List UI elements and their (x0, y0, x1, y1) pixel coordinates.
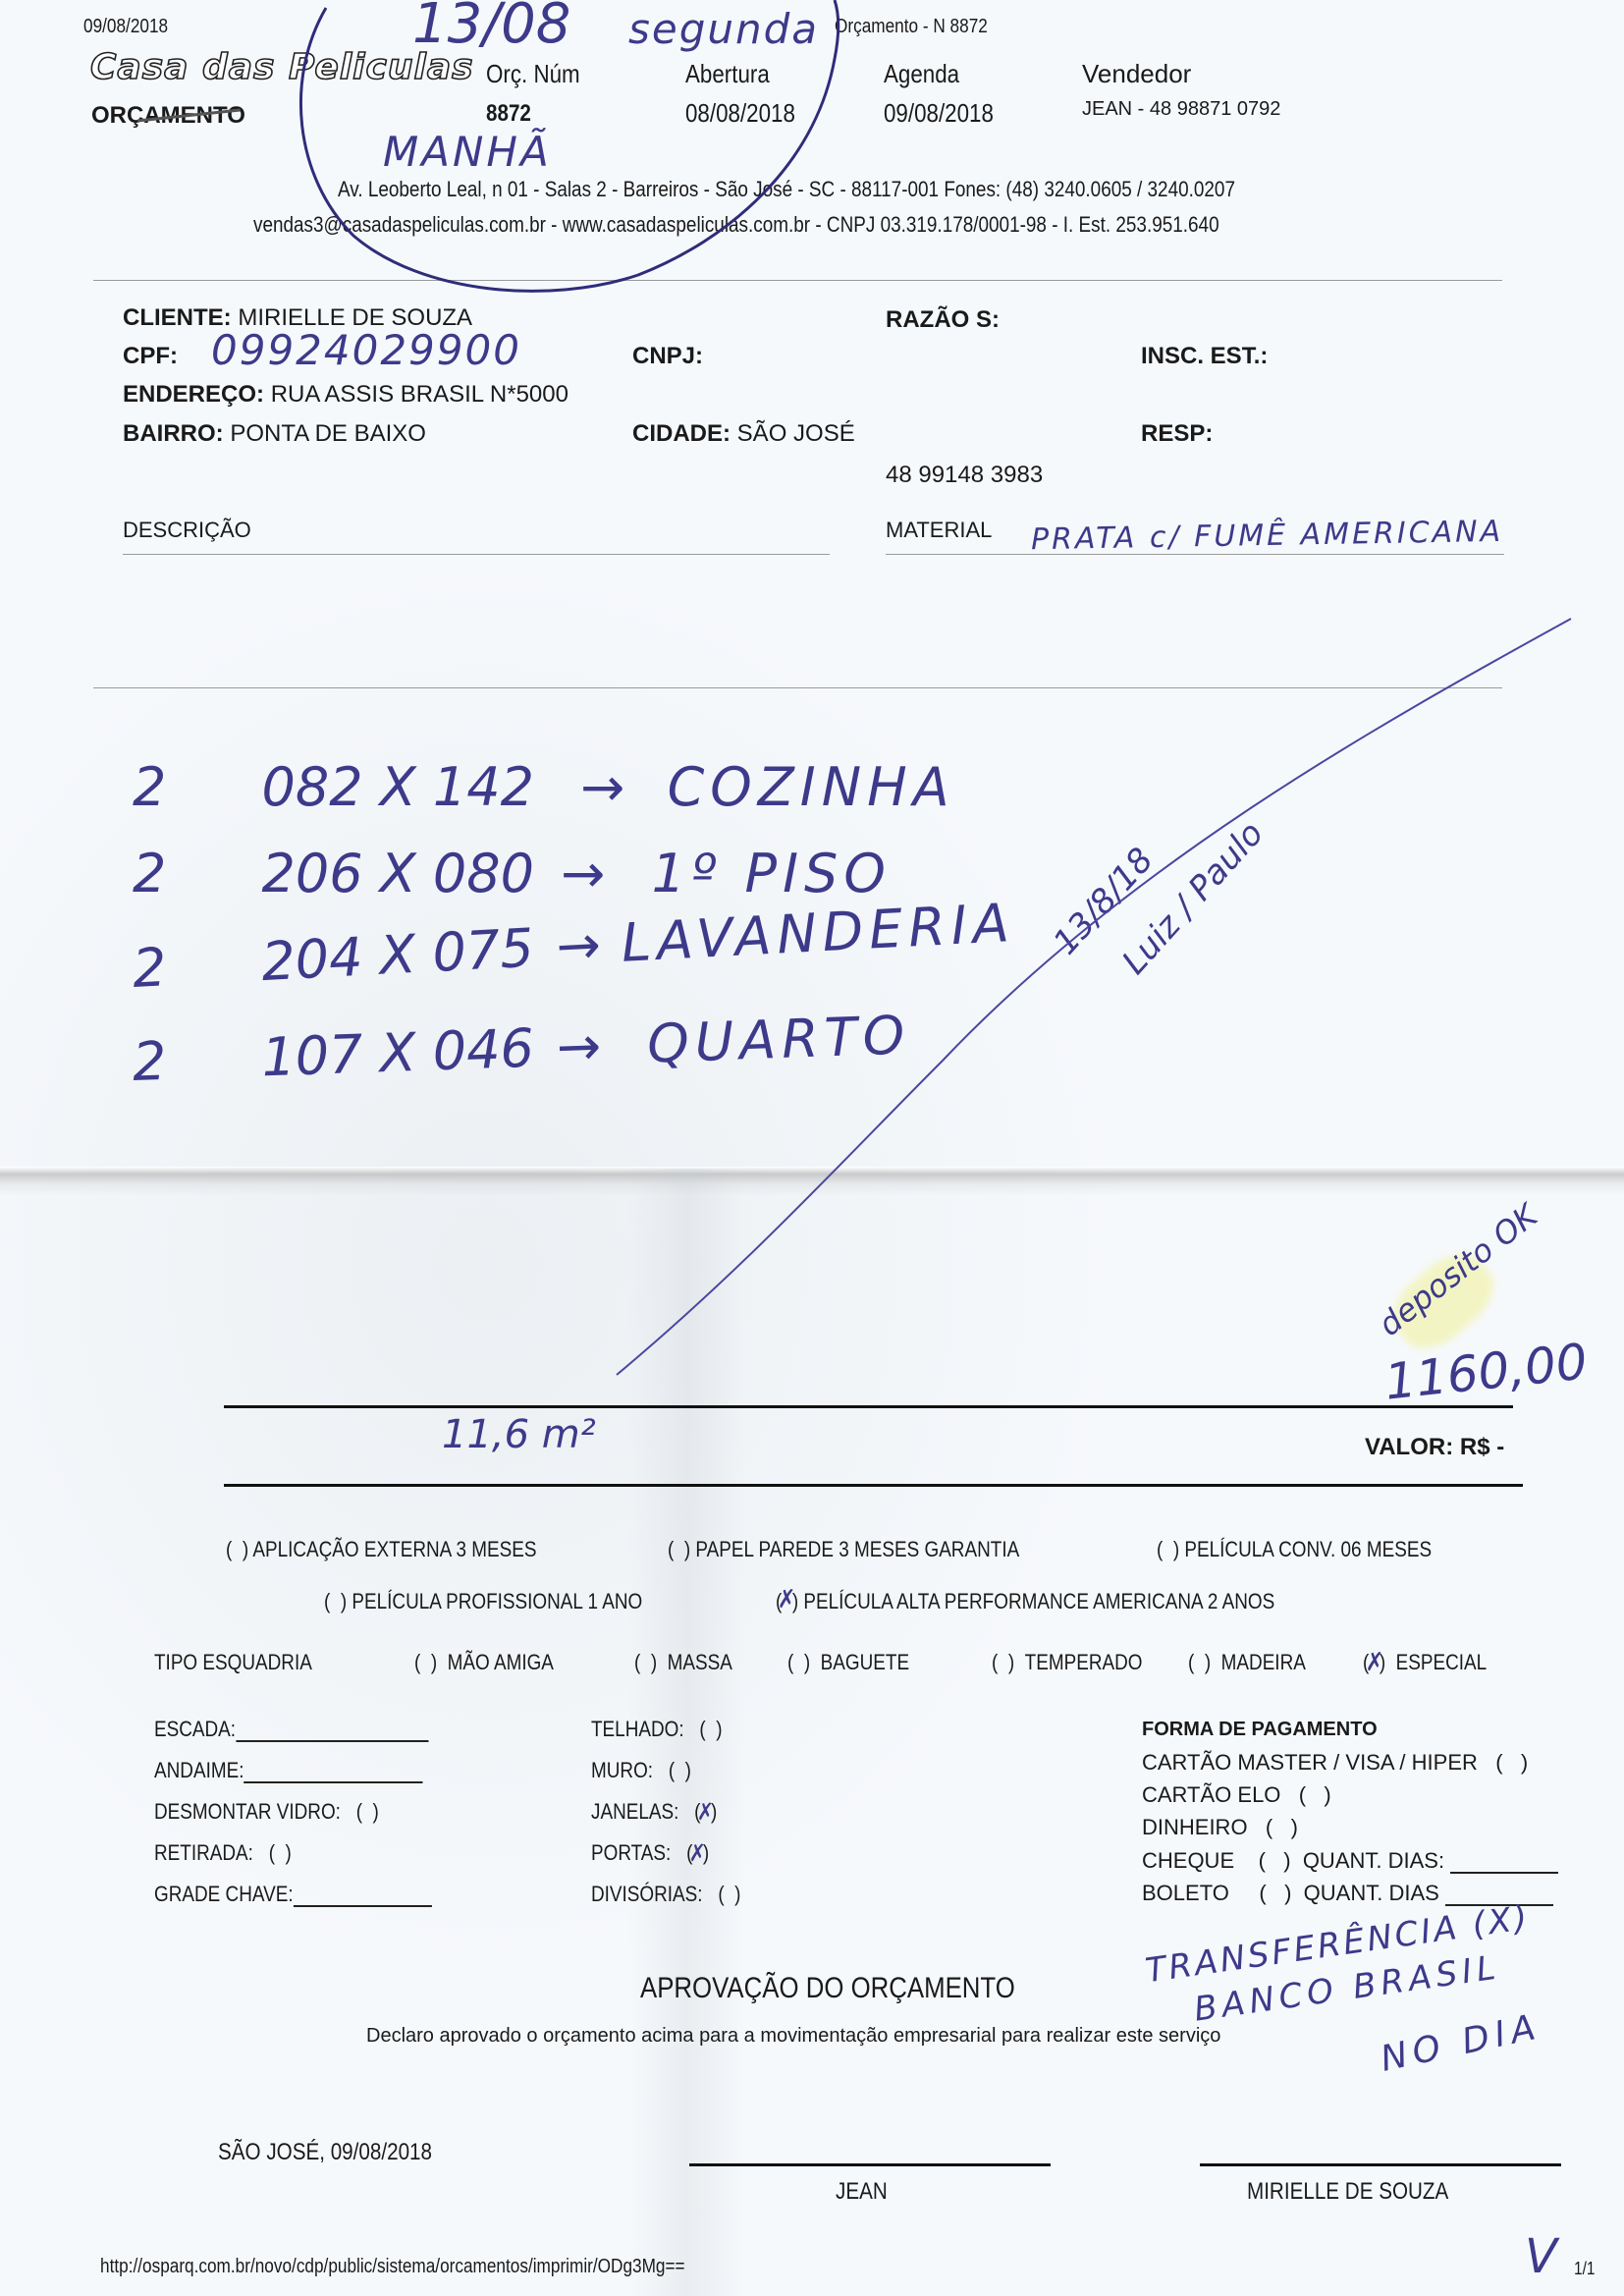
endereco-label: ENDEREÇO: (123, 381, 264, 408)
checkbox[interactable]: ( ) (1299, 1782, 1331, 1807)
item-dims: 082 X 142 (262, 756, 534, 818)
checkbox[interactable]: ( ) (718, 1882, 740, 1906)
value-line-top (224, 1405, 1513, 1408)
checkbox[interactable]: ( ) (668, 1537, 690, 1561)
checkbox[interactable]: ( ) (1266, 1815, 1298, 1839)
cnpj-label: CNPJ: (632, 343, 703, 370)
descricao-label: DESCRIÇÃO (123, 518, 251, 543)
company-address: Av. Leoberto Leal, n 01 - Salas 2 - Barr… (338, 177, 1235, 202)
check-mark-icon: V (1525, 2229, 1557, 2284)
payment-note-day: NO DIA (1378, 2006, 1545, 2080)
seller-signer-name: JEAN (836, 2178, 888, 2206)
checkbox-checked[interactable]: ( )✗ (694, 1799, 717, 1824)
endereco-value: RUA ASSIS BRASIL N*5000 (271, 381, 568, 408)
footer-url[interactable]: http://osparq.com.br/novo/cdp/public/sis… (100, 2256, 685, 2278)
cidade-label: CIDADE: (632, 420, 731, 447)
approval-text: Declaro aprovado o orçamento acima para … (366, 2025, 1220, 2048)
bairro-label: BAIRRO: (123, 420, 224, 447)
check-x-icon: ✗ (689, 1839, 706, 1867)
muro-field[interactable]: MURO: ( ) (591, 1758, 691, 1783)
telhado-field[interactable]: TELHADO: ( ) (591, 1717, 723, 1742)
item-qty: 2 (131, 936, 168, 1000)
checkbox[interactable]: ( ) (669, 1758, 691, 1782)
payment-option-dinheiro[interactable]: DINHEIRO ( ) (1142, 1815, 1298, 1840)
cidade-value: SÃO JOSÉ (737, 420, 855, 447)
checkbox[interactable]: ( ) (324, 1589, 347, 1613)
cpf-handwritten: 09924029900 (211, 326, 521, 374)
paper-fold-crease (0, 1167, 1624, 1196)
item-row: 2 082 X 142 → COZINHA (133, 756, 955, 818)
company-contact: vendas3@casadaspeliculas.com.br - www.ca… (253, 212, 1219, 238)
divisorias-field[interactable]: DIVISÓRIAS: ( ) (591, 1882, 740, 1907)
vendedor-label: Vendedor (1082, 59, 1191, 89)
check-x-icon: ✗ (778, 1585, 796, 1614)
value-line-bottom (224, 1484, 1523, 1487)
esquadria-label: TIPO ESQUADRIA (154, 1650, 312, 1675)
warranty-option-wallpaper[interactable]: ( ) PAPEL PAREDE 3 MESES GARANTIA (668, 1537, 1019, 1562)
warranty-option-external[interactable]: ( ) APLICAÇÃO EXTERNA 3 MESES (226, 1537, 537, 1562)
handwritten-day-top: segunda (628, 5, 819, 53)
warranty-option-professional[interactable]: ( ) PELÍCULA PROFISSIONAL 1 ANO (324, 1589, 642, 1614)
check-x-icon: ✗ (1366, 1648, 1384, 1677)
orc-num-label: Orç. Núm (486, 59, 580, 89)
ink-diagonal-line (617, 619, 1571, 1375)
payment-option-cartao[interactable]: CARTÃO MASTER / VISA / HIPER ( ) (1142, 1750, 1528, 1776)
grade-chave-input[interactable] (294, 1884, 432, 1907)
escada-field[interactable]: ESCADA: (154, 1717, 428, 1742)
item-qty: 2 (133, 843, 166, 904)
cidade-field: CIDADE: SÃO JOSÉ (632, 420, 855, 448)
esquadria-baguete[interactable]: ( ) BAGUETE (787, 1650, 909, 1675)
insc-est-label: INSC. EST.: (1141, 343, 1268, 370)
esquadria-especial[interactable]: ( )✗ ESPECIAL (1363, 1650, 1487, 1675)
payment-option-cheque[interactable]: CHEQUE ( ) QUANT. DIAS: (1142, 1848, 1558, 1874)
checkbox[interactable]: ( ) (1259, 1848, 1291, 1873)
andaime-field[interactable]: ANDAIME: (154, 1758, 423, 1783)
item-room: QUARTO (646, 1004, 911, 1074)
checkbox[interactable]: ( ) (1188, 1650, 1211, 1674)
item-row: 2 107 X 046 → QUARTO (132, 1004, 911, 1093)
warranty-option-conv[interactable]: ( ) PELÍCULA CONV. 06 MESES (1157, 1537, 1432, 1562)
abertura-label: Abertura (685, 59, 770, 89)
checkbox[interactable]: ( ) (356, 1799, 379, 1824)
checkbox-checked[interactable]: ( )✗ (776, 1589, 798, 1613)
esquadria-temperado[interactable]: ( ) TEMPERADO (992, 1650, 1142, 1675)
install-names-note: Luiz / Paulo (1114, 814, 1272, 982)
handwritten-date-top: 13/08 (412, 0, 570, 56)
item-dims: 107 X 046 (260, 1017, 534, 1089)
orc-num-value: 8872 (486, 100, 531, 128)
desmontar-vidro-field[interactable]: DESMONTAR VIDRO: ( ) (154, 1799, 379, 1825)
checkbox[interactable]: ( ) (1157, 1537, 1179, 1561)
item-row: 2 204 X 075 → LAVANDERIA (131, 892, 1016, 1000)
warranty-option-high-performance[interactable]: ( )✗ PELÍCULA ALTA PERFORMANCE AMERICANA… (776, 1589, 1274, 1614)
retirada-field[interactable]: RETIRADA: ( ) (154, 1840, 292, 1866)
esquadria-madeira[interactable]: ( ) MADEIRA (1188, 1650, 1306, 1675)
check-x-icon: ✗ (697, 1798, 714, 1826)
item-room: 1º PISO (652, 843, 892, 904)
checkbox[interactable]: ( ) (1259, 1881, 1291, 1905)
material-line (886, 554, 1504, 555)
abertura-value: 08/08/2018 (685, 98, 795, 129)
bairro-value: PONTA DE BAIXO (230, 420, 426, 447)
checkbox-checked[interactable]: ( )✗ (686, 1840, 709, 1865)
checkbox[interactable]: ( ) (414, 1650, 437, 1674)
item-qty: 2 (132, 1030, 168, 1093)
valor-label: VALOR: R$ - (1365, 1434, 1504, 1461)
checkbox[interactable]: ( ) (1495, 1750, 1528, 1775)
item-row: 2 206 X 080 → 1º PISO (133, 843, 892, 904)
checkbox[interactable]: ( ) (269, 1840, 292, 1865)
payment-option-elo[interactable]: CARTÃO ELO ( ) (1142, 1782, 1331, 1808)
portas-field[interactable]: PORTAS: ( )✗ (591, 1840, 709, 1866)
header-divider (93, 280, 1502, 281)
checkbox[interactable]: ( ) (787, 1650, 810, 1674)
page-number: 1/1 (1574, 2259, 1596, 2279)
esquadria-massa[interactable]: ( ) MASSA (634, 1650, 732, 1675)
item-room: COZINHA (668, 756, 955, 818)
seller-signature-line[interactable] (689, 2163, 1051, 2166)
esquadria-mao-amiga[interactable]: ( ) MÃO AMIGA (414, 1650, 554, 1675)
vendedor-value: JEAN - 48 98871 0792 (1082, 98, 1280, 121)
description-divider (93, 687, 1502, 688)
checkbox[interactable]: ( ) (634, 1650, 657, 1674)
approval-title: APROVAÇÃO DO ORÇAMENTO (640, 1972, 1015, 2005)
bairro-field: BAIRRO: PONTA DE BAIXO (123, 420, 426, 448)
checkbox[interactable]: ( ) (226, 1537, 248, 1561)
agenda-label: Agenda (884, 59, 959, 89)
payment-title: FORMA DE PAGAMENTO (1142, 1719, 1378, 1741)
checkbox[interactable]: ( ) (992, 1650, 1014, 1674)
handwritten-period-top: MANHÃ (383, 128, 552, 176)
checkbox-checked[interactable]: ( )✗ (1363, 1650, 1385, 1674)
andaime-input[interactable] (244, 1760, 422, 1783)
endereco-field: ENDEREÇO: RUA ASSIS BRASIL N*5000 (123, 381, 568, 409)
item-qty: 2 (133, 756, 166, 818)
material-handwritten: PRATA c/ FUMÊ AMERICANA (1031, 515, 1504, 557)
item-dims: 204 X 075 (260, 917, 535, 993)
material-label: MATERIAL (886, 518, 992, 543)
approval-place-date: SÃO JOSÉ, 09/08/2018 (218, 2139, 432, 2166)
print-doc-ref: Orçamento - N 8872 (835, 16, 988, 38)
escada-input[interactable] (236, 1719, 428, 1742)
cpf-label: CPF: (123, 343, 178, 370)
grade-chave-field[interactable]: GRADE CHAVE: (154, 1882, 432, 1907)
checkbox[interactable]: ( ) (699, 1717, 722, 1741)
cheque-days-input[interactable] (1450, 1852, 1558, 1874)
agenda-value: 09/08/2018 (884, 98, 994, 129)
client-phone: 48 99148 3983 (886, 462, 1043, 489)
janelas-field[interactable]: JANELAS: ( )✗ (591, 1799, 717, 1825)
item-dims: 206 X 080 (262, 843, 534, 904)
razao-label: RAZÃO S: (886, 306, 1000, 334)
handwritten-area: 11,6 m² (442, 1412, 596, 1457)
client-signature-line[interactable] (1200, 2163, 1561, 2166)
client-signer-name: MIRIELLE DE SOUZA (1247, 2178, 1448, 2206)
descricao-line (123, 554, 830, 555)
resp-label: RESP: (1141, 420, 1213, 448)
print-date: 09/08/2018 (83, 16, 168, 38)
